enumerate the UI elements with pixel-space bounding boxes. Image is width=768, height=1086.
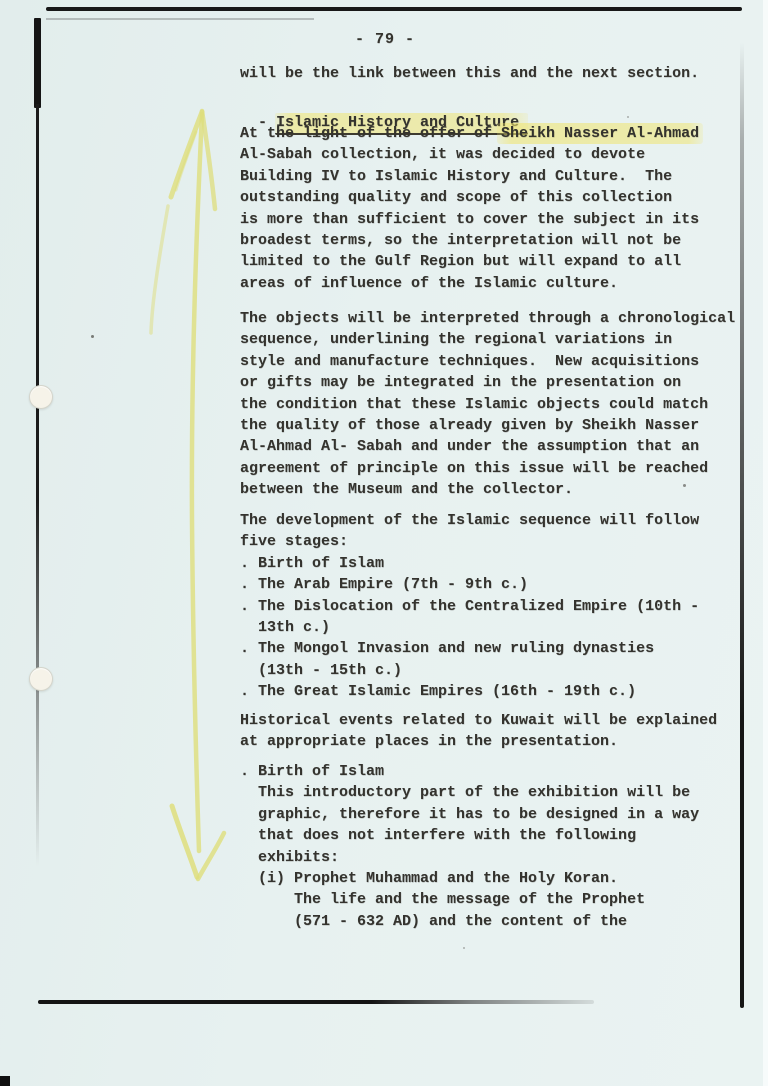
scan-top-edge-line xyxy=(46,7,742,11)
paragraph-lines: Historical events related to Kuwait will… xyxy=(240,710,717,753)
text-line: This introductory part of the exhibition… xyxy=(240,782,699,803)
text-line: outstanding quality and scope of this co… xyxy=(240,187,699,208)
dust-speck xyxy=(627,116,629,118)
scan-corner-mark xyxy=(0,1076,10,1086)
paragraph-lines: Al-Sabah collection, it was decided to d… xyxy=(240,144,699,294)
dust-speck xyxy=(463,947,465,949)
paragraph-lines: The objects will be interpreted through … xyxy=(240,308,735,501)
intro-line: will be the link between this and the ne… xyxy=(240,63,699,84)
text-line: five stages: xyxy=(240,531,699,552)
text-line: (i) Prophet Muhammad and the Holy Koran. xyxy=(240,868,699,889)
text-line: between the Museum and the collector. xyxy=(240,479,735,500)
text-line: . The Dislocation of the Centralized Emp… xyxy=(240,596,699,617)
paragraph-collection-offer: At the light of the offer of Sheikh Nass… xyxy=(240,123,699,294)
text-line: At the light of the offer of Sheikh Nass… xyxy=(240,123,699,144)
text-line: or gifts may be integrated in the presen… xyxy=(240,372,735,393)
text-line: that does not interfere with the followi… xyxy=(240,825,699,846)
text-line: Historical events related to Kuwait will… xyxy=(240,710,717,731)
text-line: limited to the Gulf Region but will expa… xyxy=(240,251,699,272)
punch-hole-bottom xyxy=(29,667,53,691)
text-line: . The Arab Empire (7th - 9th c.) xyxy=(240,574,699,595)
text-line: style and manufacture techniques. New ac… xyxy=(240,351,735,372)
punch-hole-top xyxy=(29,385,53,409)
text-line: Al-Ahmad Al- Sabah and under the assumpt… xyxy=(240,436,735,457)
paragraph-birth-of-islam: . Birth of Islam This introductory part … xyxy=(240,761,699,932)
text-line: Al-Sabah collection, it was decided to d… xyxy=(240,144,699,165)
text-line: graphic, therefore it has to be designed… xyxy=(240,804,699,825)
text-line: is more than sufficient to cover the sub… xyxy=(240,209,699,230)
scan-bottom-edge-line xyxy=(38,1000,594,1004)
text-line: (571 - 632 AD) and the content of the xyxy=(240,911,699,932)
text-line: . Birth of Islam xyxy=(240,553,699,574)
text-line: exhibits: xyxy=(240,847,699,868)
text-line: . The Mongol Invasion and new ruling dyn… xyxy=(240,638,699,659)
text-line: (13th - 15th c.) xyxy=(240,660,699,681)
text-line: sequence, underlining the regional varia… xyxy=(240,329,735,350)
text-line: the condition that these Islamic objects… xyxy=(240,394,735,415)
scan-left-edge-line xyxy=(36,104,39,866)
text-line: . The Great Islamic Empires (16th - 19th… xyxy=(240,681,699,702)
paragraph-historical-events: Historical events related to Kuwait will… xyxy=(240,710,717,753)
text-line: . Birth of Islam xyxy=(240,761,699,782)
scan-right-edge-line xyxy=(740,42,744,1008)
paragraph-five-stages: The development of the Islamic sequence … xyxy=(240,510,699,703)
text-line: The objects will be interpreted through … xyxy=(240,308,735,329)
dust-speck xyxy=(91,335,94,338)
paragraph-lines: . Birth of Islam This introductory part … xyxy=(240,761,699,932)
text-line: agreement of principle on this issue wil… xyxy=(240,458,735,479)
text-line: 13th c.) xyxy=(240,617,699,638)
page-number: - 79 - xyxy=(355,29,415,50)
text-line: Building IV to Islamic History and Cultu… xyxy=(240,166,699,187)
text-line: The life and the message of the Prophet xyxy=(240,889,699,910)
text-line: The development of the Islamic sequence … xyxy=(240,510,699,531)
scanned-document-page: - 79 - will be the link between this and… xyxy=(0,0,768,1086)
line-pre: At the light of the offer of xyxy=(240,125,501,142)
highlighted-phrase: Sheikh Nasser Al-Ahmad xyxy=(497,123,703,144)
paragraph-lines: The development of the Islamic sequence … xyxy=(240,510,699,703)
scan-right-edge-strip xyxy=(763,0,768,1086)
text-line: broadest terms, so the interpretation wi… xyxy=(240,230,699,251)
text-line: areas of influence of the Islamic cultur… xyxy=(240,273,699,294)
text-line: the quality of those already given by Sh… xyxy=(240,415,735,436)
scan-left-edge-bar xyxy=(34,18,41,108)
scan-top-faint-line xyxy=(46,18,314,20)
paragraph-objects-interpretation: The objects will be interpreted through … xyxy=(240,308,735,501)
text-line: at appropriate places in the presentatio… xyxy=(240,731,717,752)
